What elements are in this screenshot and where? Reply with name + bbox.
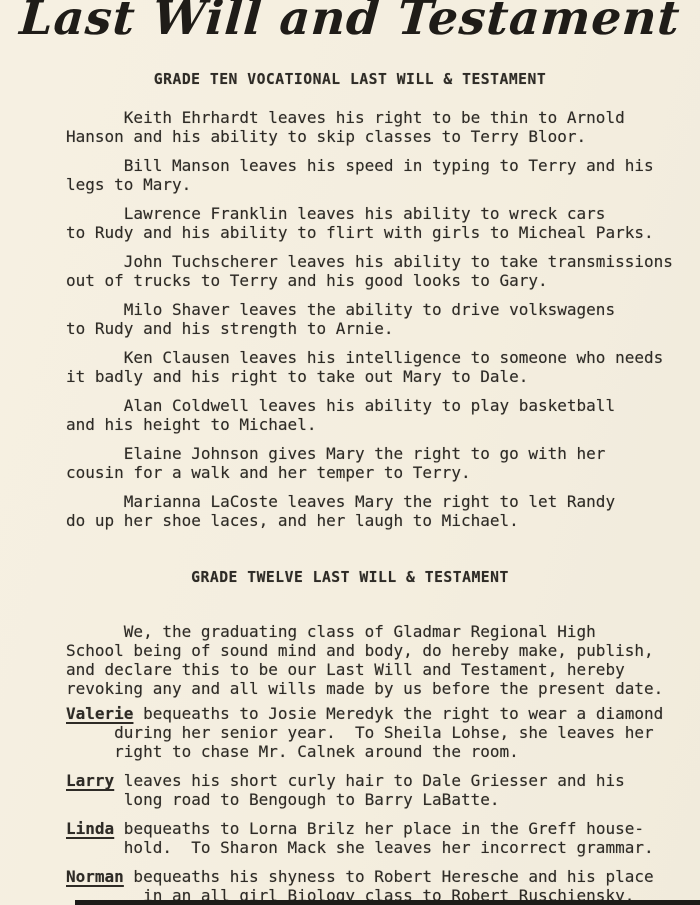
testator-name: Larry (66, 771, 114, 790)
will-paragraph: Milo Shaver leaves the ability to drive … (66, 300, 690, 338)
scanned-document-page: Last Will and Testament GRADE TEN VOCATI… (0, 0, 700, 905)
will-paragraph: Elaine Johnson gives Mary the right to g… (66, 444, 690, 482)
will-paragraph: Keith Ehrhardt leaves his right to be th… (66, 108, 690, 146)
bequest-text: bequeaths to Josie Meredyk the right to … (66, 704, 663, 761)
will-paragraph: Bill Manson leaves his speed in typing t… (66, 156, 690, 194)
bequest-text: bequeaths to Lorna Brilz her place in th… (66, 819, 654, 857)
will-intro-paragraph: We, the graduating class of Gladmar Regi… (66, 622, 690, 698)
will-entry: Valerie bequeaths to Josie Meredyk the r… (66, 704, 690, 761)
scan-edge-artifact (75, 900, 700, 905)
will-paragraph: Alan Coldwell leaves his ability to play… (66, 396, 690, 434)
section-heading-grade-ten: GRADE TEN VOCATIONAL LAST WILL & TESTAME… (0, 70, 700, 89)
will-paragraph: Marianna LaCoste leaves Mary the right t… (66, 492, 690, 530)
testator-name: Linda (66, 819, 114, 838)
will-entry: Linda bequeaths to Lorna Brilz her place… (66, 819, 690, 857)
testator-name: Valerie (66, 704, 133, 723)
will-entry: Larry leaves his short curly hair to Dal… (66, 771, 690, 809)
will-paragraph: Ken Clausen leaves his intelligence to s… (66, 348, 690, 386)
page-title: Last Will and Testament (0, 0, 700, 47)
will-paragraph: John Tuchscherer leaves his ability to t… (66, 252, 690, 290)
bequest-text: leaves his short curly hair to Dale Grie… (66, 771, 625, 809)
will-paragraph: Lawrence Franklin leaves his ability to … (66, 204, 690, 242)
testator-name: Norman (66, 867, 124, 886)
section-heading-grade-twelve: GRADE TWELVE LAST WILL & TESTAMENT (0, 568, 700, 587)
